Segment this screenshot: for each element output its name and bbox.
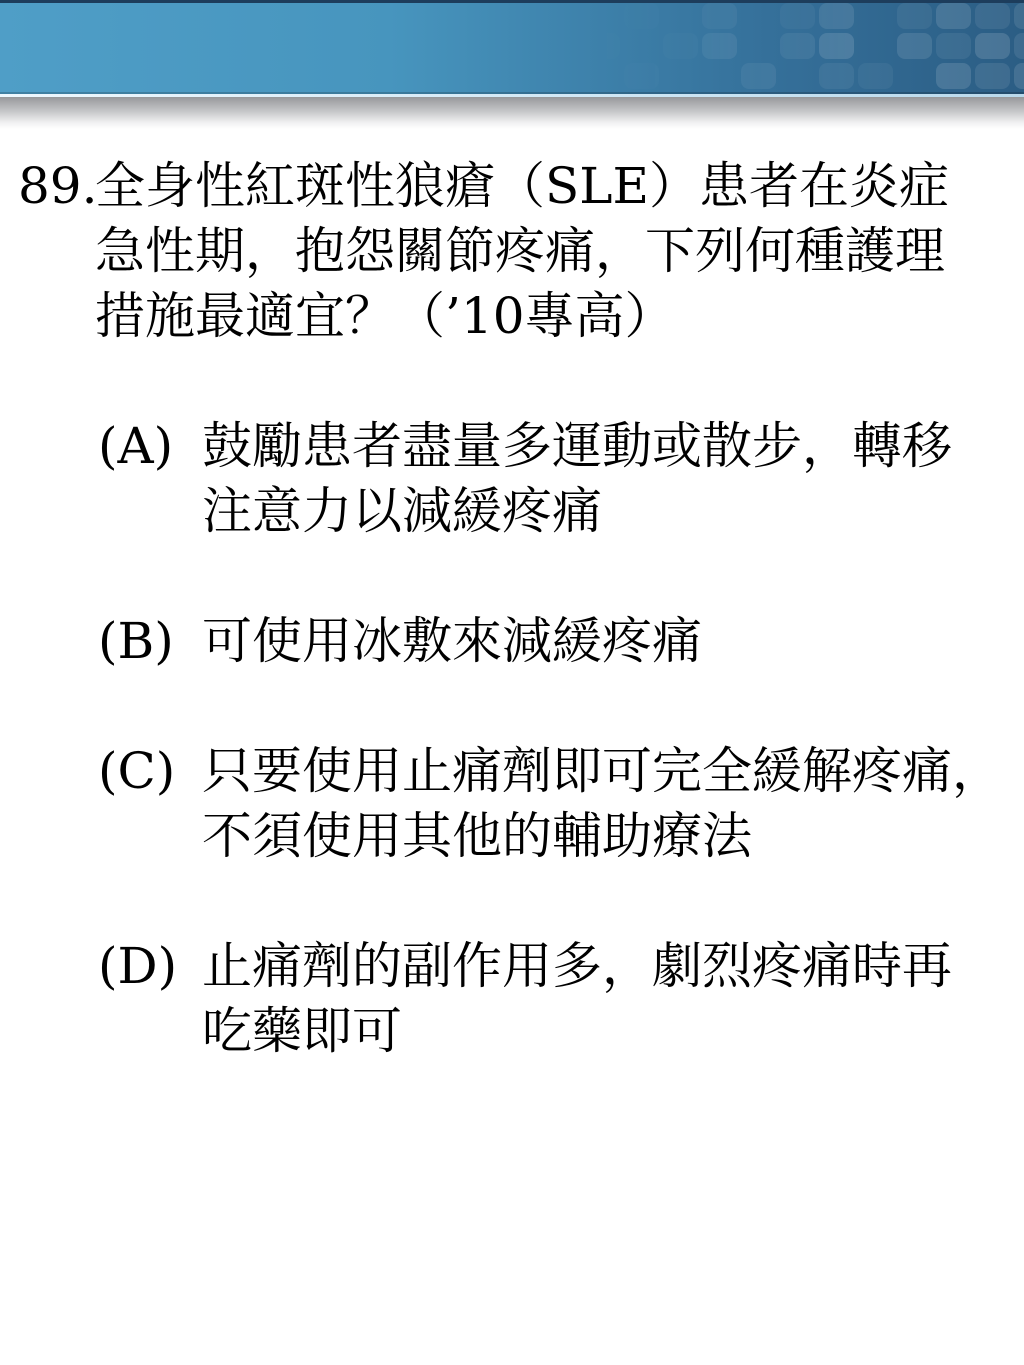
question-line-2: 急性期，抱怨關節疼痛，下列何種護理 [95, 219, 1024, 284]
tile-mosaic-decoration [544, 0, 1024, 94]
slide-header-banner [0, 0, 1024, 94]
question-block: 89. 全身性紅斑性狼瘡（SLE）患者在炎症 急性期，抱怨關節疼痛，下列何種護理… [0, 154, 1024, 349]
option-b-label: (B) [98, 609, 174, 674]
option-c-line-2: 不須使用其他的輔助療法 [202, 804, 1024, 869]
question-number: 89. [18, 154, 98, 219]
slide: 89. 全身性紅斑性狼瘡（SLE）患者在炎症 急性期，抱怨關節疼痛，下列何種護理… [0, 0, 1024, 1365]
option-d: (D) 止痛劑的副作用多，劇烈疼痛時再 吃藥即可 [0, 934, 1024, 1064]
question-text: 全身性紅斑性狼瘡（SLE）患者在炎症 急性期，抱怨關節疼痛，下列何種護理 措施最… [95, 154, 1024, 349]
option-d-line-1: 止痛劑的副作用多，劇烈疼痛時再 [202, 934, 1024, 999]
option-c-line-1: 只要使用止痛劑即可完全緩解疼痛， [202, 739, 1024, 804]
option-b-line-1: 可使用冰敷來減緩疼痛 [202, 609, 1024, 674]
option-a-text: 鼓勵患者盡量多運動或散步，轉移 注意力以減緩疼痛 [202, 414, 1024, 544]
option-b-text: 可使用冰敷來減緩疼痛 [202, 609, 1024, 674]
option-b: (B) 可使用冰敷來減緩疼痛 [0, 609, 1024, 674]
option-d-label: (D) [98, 934, 177, 999]
option-c-label: (C) [98, 739, 175, 804]
option-d-text: 止痛劑的副作用多，劇烈疼痛時再 吃藥即可 [202, 934, 1024, 1064]
option-a-label: (A) [98, 414, 173, 479]
header-shadow-strip [0, 97, 1024, 129]
option-a: (A) 鼓勵患者盡量多運動或散步，轉移 注意力以減緩疼痛 [0, 414, 1024, 544]
question-area: 89. 全身性紅斑性狼瘡（SLE）患者在炎症 急性期，抱怨關節疼痛，下列何種護理… [0, 129, 1024, 1064]
option-a-line-2: 注意力以減緩疼痛 [202, 479, 1024, 544]
question-line-3: 措施最適宜？（’10專高） [95, 284, 1024, 349]
option-c: (C) 只要使用止痛劑即可完全緩解疼痛， 不須使用其他的輔助療法 [0, 739, 1024, 869]
option-c-text: 只要使用止痛劑即可完全緩解疼痛， 不須使用其他的輔助療法 [202, 739, 1024, 869]
option-a-line-1: 鼓勵患者盡量多運動或散步，轉移 [202, 414, 1024, 479]
option-d-line-2: 吃藥即可 [202, 999, 1024, 1064]
question-line-1: 全身性紅斑性狼瘡（SLE）患者在炎症 [95, 154, 1024, 219]
